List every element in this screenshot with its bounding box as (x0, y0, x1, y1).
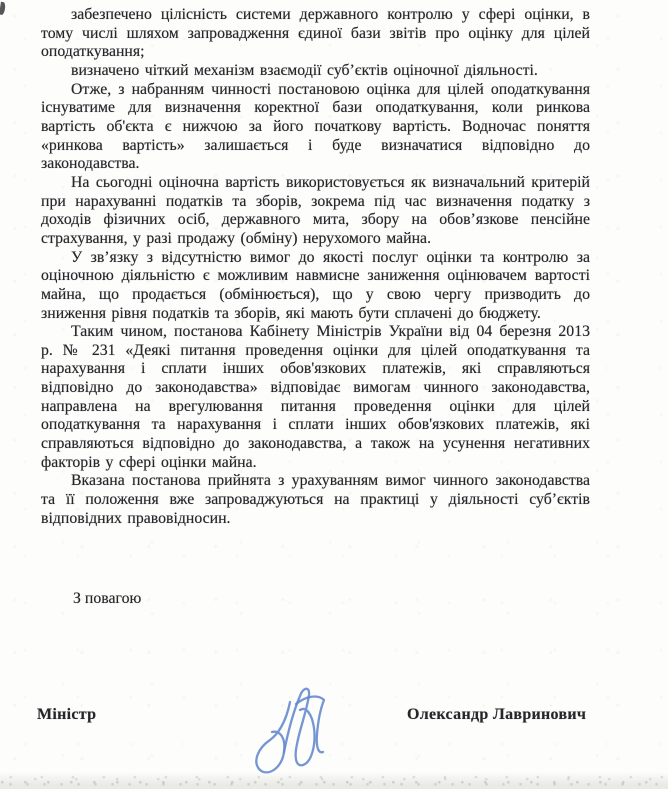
scan-artifact-speck (0, 2, 6, 16)
scanned-letter-page: забезпечено цілісність системи державног… (0, 0, 668, 789)
scan-noise-band (0, 772, 668, 789)
signer-title: Міністр (37, 706, 96, 724)
letter-body: забезпечено цілісність системи державног… (41, 6, 590, 528)
paragraph-otzhe-valuation: Отже, з набранням чинності постановою оц… (41, 81, 590, 174)
paragraph-ensured-integrity: забезпечено цілісність системи державног… (41, 6, 590, 62)
paragraph-quality-requirements: У зв’язку з відсутністю вимог до якості … (41, 249, 590, 324)
signer-name: Олександр Лавринович (407, 706, 586, 724)
signature-ink (246, 682, 328, 778)
paragraph-today-valuation-criterion: На сьогодні оціночна вартість використов… (41, 174, 590, 249)
paragraph-defined-mechanism: визначено чіткий механізм взаємодії суб’… (41, 62, 590, 81)
paragraph-resolution-adopted: Вказана постанова прийнята з урахуванням… (41, 472, 590, 528)
closing-salutation: З повагою (73, 590, 141, 608)
paragraph-cabinet-resolution-231: Таким чином, постанова Кабінету Міністрі… (41, 323, 590, 472)
